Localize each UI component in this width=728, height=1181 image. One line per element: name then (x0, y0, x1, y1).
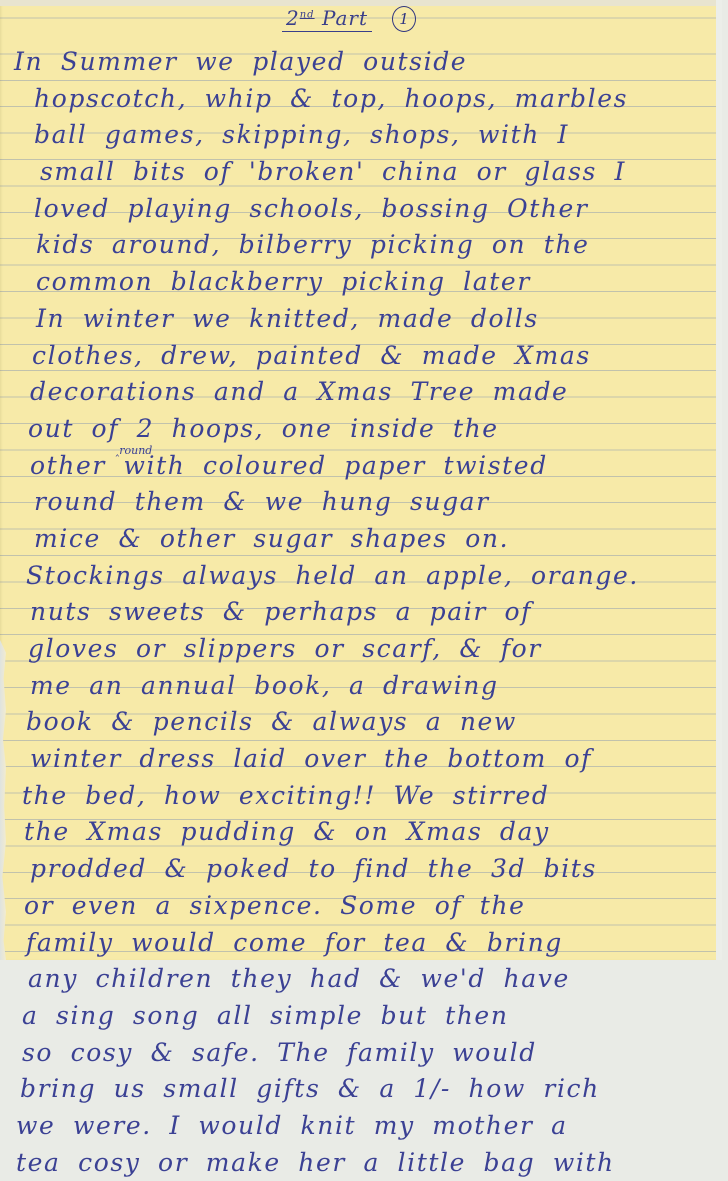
text-line: winter dress laid over the bottom of (0, 741, 722, 778)
text-line: hopscotch, whip & top, hoops, marbles (0, 81, 722, 118)
text-line: the bed, how exciting!! We stirred (0, 778, 722, 815)
text-line: or even a sixpence. Some of the (0, 888, 722, 925)
text-line: family would come for tea & bring (0, 925, 722, 961)
text-line: me an annual book, a drawing (0, 668, 722, 705)
text-line: clothes, drew, painted & made Xmas (0, 338, 722, 375)
circled-page-number: 1 (392, 6, 416, 32)
section-title: 2nd Part (282, 6, 372, 32)
page-heading: 2nd Part 1 (282, 4, 416, 34)
text-line: book & pencils & always a new (0, 704, 722, 741)
text-line: Stockings always held an apple, orange. (0, 558, 722, 595)
text-line: ball games, skipping, shops, with I (0, 117, 722, 154)
text-line: In Summer we played outside (0, 44, 722, 81)
text-line: kids around, bilberry picking on the (0, 227, 722, 264)
handwritten-text-body: In Summer we played outsidehopscotch, wh… (0, 44, 722, 960)
text-line: round them & we hung sugar (0, 484, 722, 521)
text-line: In winter we knitted, made dolls (0, 301, 722, 338)
text-line: out of 2 hoops, one inside the (0, 411, 722, 448)
text-line: mice & other sugar shapes on. (0, 521, 722, 558)
text-line: common blackberry picking later (0, 264, 722, 301)
text-line: prodded & poked to find the 3d bits (0, 851, 722, 888)
text-line: nuts sweets & perhaps a pair of (0, 594, 722, 631)
text-line: the Xmas pudding & on Xmas day (0, 814, 722, 851)
text-line: small bits of 'broken' china or glass I (0, 154, 722, 191)
handwritten-page: 2nd Part 1 In Summer we played outsideho… (0, 0, 722, 960)
text-line: loved playing schools, bossing Other (0, 191, 722, 228)
text-line: gloves or slippers or scarf, & for (0, 631, 722, 668)
text-line: decorations and a Xmas Tree made (0, 374, 722, 411)
text-line: other ‸roundwith coloured paper twisted (0, 448, 722, 485)
